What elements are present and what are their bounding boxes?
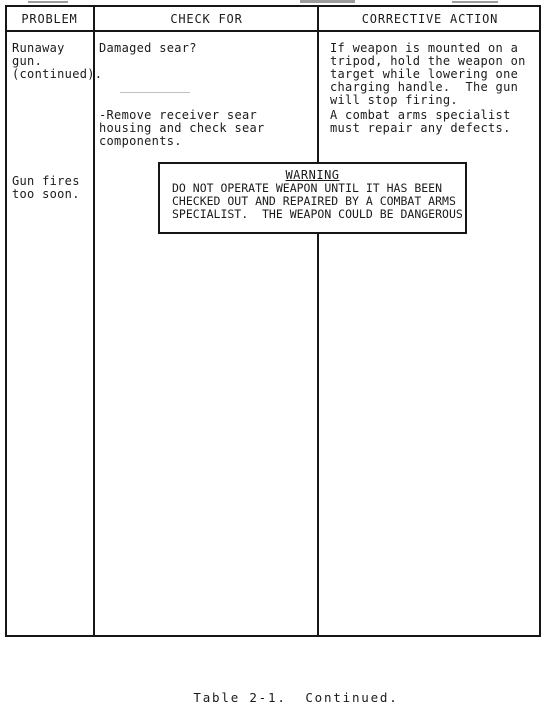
scan-artifact xyxy=(28,1,68,3)
cell-problem-gun-fires-too-soon: Gun fires too soon. xyxy=(12,175,80,201)
column-divider-problem-check xyxy=(93,7,95,635)
document-page: PROBLEM CHECK FOR CORRECTIVE ACTION Runa… xyxy=(0,0,550,711)
column-header-check-for: CHECK FOR xyxy=(95,12,318,26)
cell-action-tripod-procedure: If weapon is mounted on a tripod, hold t… xyxy=(330,42,526,107)
cell-action-combat-arms-specialist: A combat arms specialist must repair any… xyxy=(330,109,511,135)
cell-check-damaged-sear: Damaged sear? xyxy=(99,42,197,55)
warning-box: WARNING DO NOT OPERATE WEAPON UNTIL IT H… xyxy=(158,162,467,234)
scan-artifact xyxy=(300,0,355,3)
cell-check-remove-receiver-sear: -Remove receiver sear housing and check … xyxy=(99,109,265,148)
header-divider-rule xyxy=(7,30,539,32)
column-header-corrective-action: CORRECTIVE ACTION xyxy=(319,12,541,26)
scan-artifact xyxy=(120,92,190,93)
warning-body: DO NOT OPERATE WEAPON UNTIL IT HAS BEEN … xyxy=(172,182,465,221)
scan-artifact xyxy=(452,1,498,3)
cell-problem-runaway-gun: Runaway gun. (continued). xyxy=(12,42,102,81)
table-caption: Table 2-1. Continued. xyxy=(0,690,550,705)
column-header-problem: PROBLEM xyxy=(5,12,94,26)
column-divider-check-action xyxy=(317,7,319,635)
